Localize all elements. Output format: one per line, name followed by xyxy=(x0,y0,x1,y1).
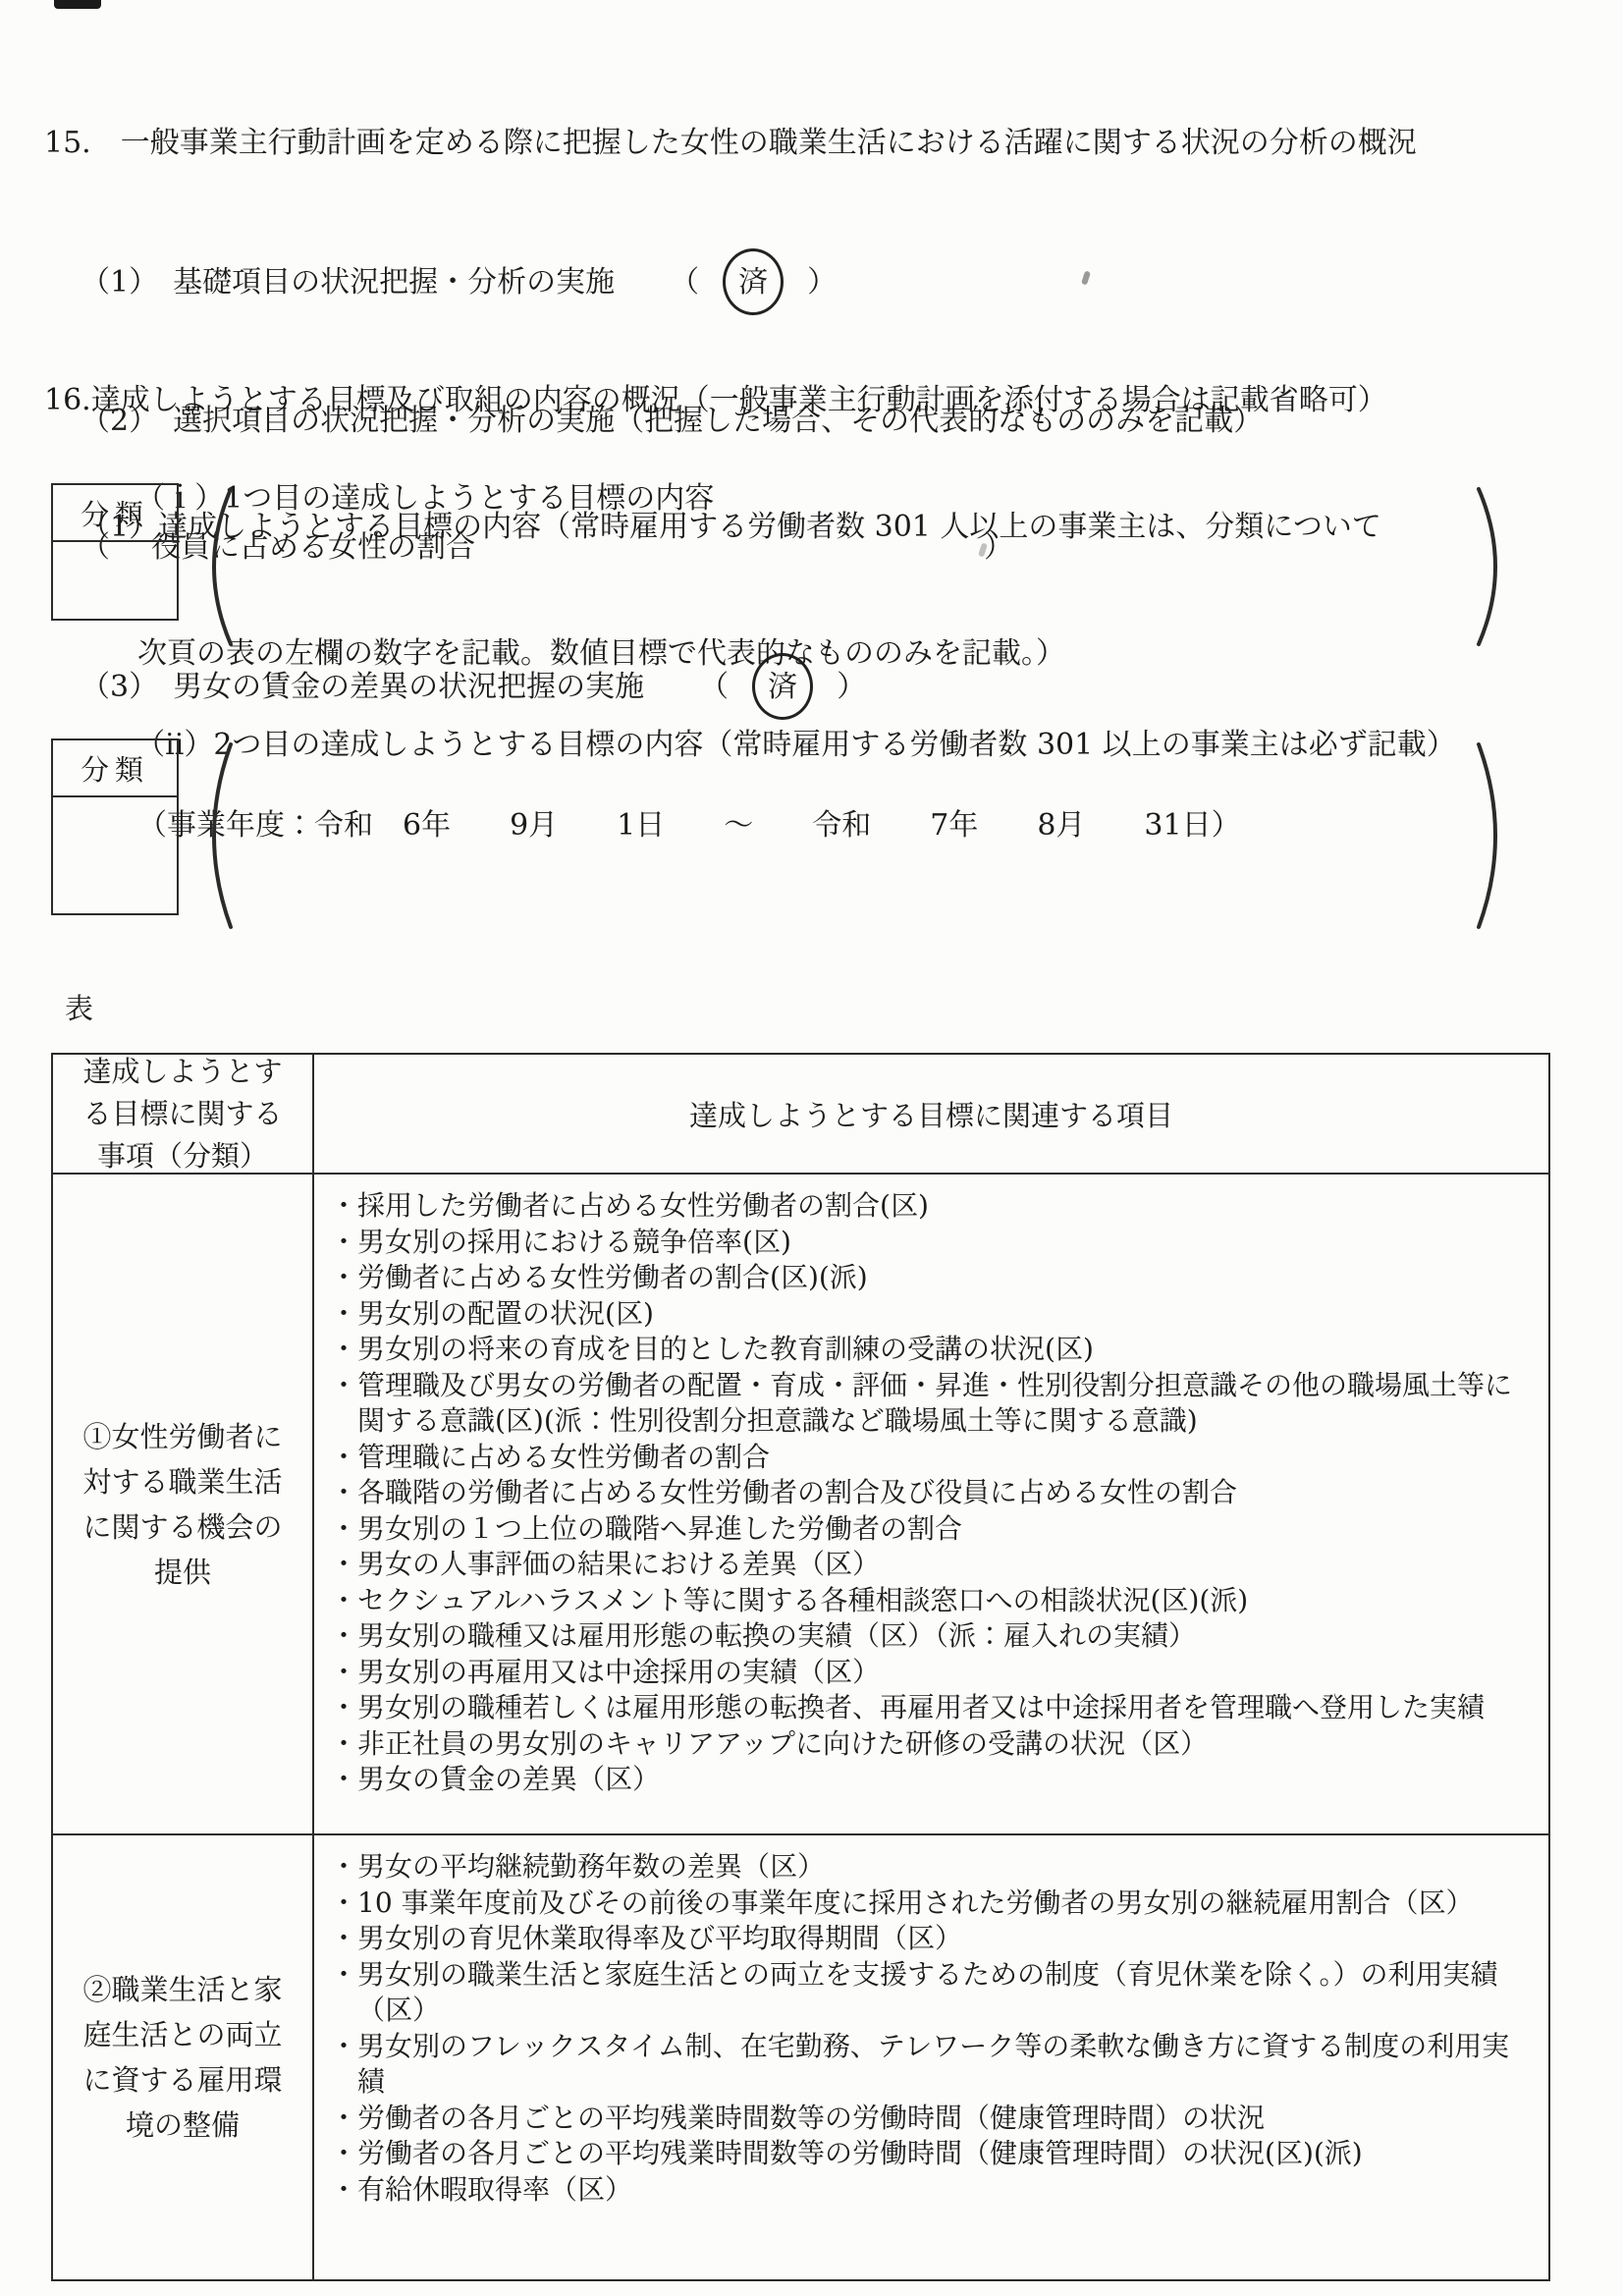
goal-1-block: 分類 xyxy=(51,483,1546,652)
list-item: 男女別の採用における競争倍率(区) xyxy=(330,1225,1535,1261)
list-item: 男女別の再雇用又は中途採用の実績（区） xyxy=(330,1655,1535,1691)
category-2-text: ②職業生活と家庭生活との両立に資する雇用環境の整備 xyxy=(77,1967,289,2148)
list-item: 男女別の将来の育成を目的とした教育訓練の受講の状況(区) xyxy=(330,1332,1535,1368)
list-item: 男女の人事評価の結果における差異（区） xyxy=(330,1547,1535,1583)
table-header-items-text: 達成しようとする目標に関連する項目 xyxy=(689,1094,1173,1134)
list-item: 男女別の育児休業取得率及び平均取得期間（区） xyxy=(330,1921,1535,1957)
goal-2-block: 分類 xyxy=(51,738,1546,935)
list-item: 労働者の各月ごとの平均残業時間数等の労働時間（健康管理時間）の状況 xyxy=(330,2101,1535,2137)
list-item: 管理職に占める女性労働者の割合 xyxy=(330,1440,1535,1476)
section-16-heading: 16.達成しようとする目標及び取組の内容の概況（一般事業主行動計画を添付する場合… xyxy=(44,379,1556,421)
list-item: 男女別の職業生活と家庭生活との両立を支援するための制度（育児休業を除く。）の利用… xyxy=(330,1957,1535,2029)
table-row-2-items: 男女の平均継続勤務年数の差異（区）10 事業年度前及びその前後の事業年度に採用さ… xyxy=(314,1835,1548,2279)
table-caption: 表 xyxy=(65,987,93,1027)
list-item: 10 事業年度前及びその前後の事業年度に採用された労働者の男女別の継続雇用割合（… xyxy=(330,1886,1535,1922)
list-item: 男女別の配置の状況(区) xyxy=(330,1296,1535,1333)
table-header-category-text: 達成しようとする目標に関する事項（分類） xyxy=(76,1051,290,1177)
list-item: 労働者の各月ごとの平均残業時間数等の労働時間（健康管理時間）の状況(区)(派) xyxy=(330,2136,1535,2172)
list-item: 男女別の職種又は雇用形態の転換の実績（区）（派：雇入れの実績） xyxy=(330,1618,1535,1655)
table-row-1-category: ①女性労働者に対する職業生活に関する機会の提供 xyxy=(53,1175,314,1835)
list-item: 男女別のフレックスタイム制、在宅勤務、テレワーク等の柔軟な働き方に資する制度の利… xyxy=(330,2029,1535,2101)
big-close-paren xyxy=(1473,738,1518,933)
big-open-paren xyxy=(191,738,237,933)
list-item: 管理職及び男女の労働者の配置・育成・評価・昇進・性別役割分担意識その他の職場風土… xyxy=(330,1368,1535,1440)
section-16-heading-text: 16.達成しようとする目標及び取組の内容の概況（一般事業主行動計画を添付する場合… xyxy=(44,379,1387,421)
table-header-items: 達成しようとする目標に関連する項目 xyxy=(314,1055,1548,1175)
goal-2-value[interactable] xyxy=(257,758,1321,797)
section-15-heading: 15. 一般事業主行動計画を定める際に把握した女性の職業生活における活躍に関する… xyxy=(44,122,1546,164)
list-item: 各職階の労働者に占める女性労働者の割合及び役員に占める女性の割合 xyxy=(330,1475,1535,1511)
scan-artifact xyxy=(54,0,101,9)
table-header-category: 達成しようとする目標に関する事項（分類） xyxy=(53,1055,314,1175)
category-box-input-area[interactable] xyxy=(53,797,177,913)
list-item: 男女別の１つ上位の職階へ昇進した労働者の割合 xyxy=(330,1511,1535,1548)
list-item: 男女の平均継続勤務年数の差異（区） xyxy=(330,1849,1535,1886)
category-box-1: 分類 xyxy=(51,483,179,621)
section-15-heading-text: 15. 一般事業主行動計画を定める際に把握した女性の職業生活における活躍に関する… xyxy=(44,122,1417,164)
table-row-2-category: ②職業生活と家庭生活との両立に資する雇用環境の整備 xyxy=(53,1835,314,2279)
scanned-document-page: 15. 一般事業主行動計画を定める際に把握した女性の職業生活における活躍に関する… xyxy=(0,0,1623,2296)
list-item: 男女別の職種若しくは雇用形態の転換者、再雇用者又は中途採用者を管理職へ登用した実… xyxy=(330,1690,1535,1726)
category-box-2: 分類 xyxy=(51,738,179,915)
category-box-label: 分類 xyxy=(53,485,177,542)
list-item: セクシュアルハラスメント等に関する各種相談窓口への相談状況(区)(派) xyxy=(330,1583,1535,1619)
list-item: 非正社員の男女別のキャリアアップに向けた研修の受講の状況（区） xyxy=(330,1726,1535,1763)
big-open-paren xyxy=(191,483,237,650)
list-item: 有給休暇取得率（区） xyxy=(330,2172,1535,2209)
goals-reference-table: 達成しようとする目標に関する事項（分類） 達成しようとする目標に関連する項目 ①… xyxy=(51,1053,1550,2281)
big-close-paren xyxy=(1473,483,1518,650)
table-row-1-items: 採用した労働者に占める女性労働者の割合(区)男女別の採用における競争倍率(区)労… xyxy=(314,1175,1548,1835)
list-item: 労働者に占める女性労働者の割合(区)(派) xyxy=(330,1260,1535,1296)
goal-1-value[interactable] xyxy=(257,503,1321,542)
category-1-text: ①女性労働者に対する職業生活に関する機会の提供 xyxy=(77,1414,289,1595)
bullet-list-2: 男女の平均継続勤務年数の差異（区）10 事業年度前及びその前後の事業年度に採用さ… xyxy=(314,1835,1548,2219)
list-item: 男女の賃金の差異（区） xyxy=(330,1762,1535,1798)
list-item: 採用した労働者に占める女性労働者の割合(区) xyxy=(330,1188,1535,1225)
bullet-list-1: 採用した労働者に占める女性労働者の割合(区)男女別の採用における競争倍率(区)労… xyxy=(314,1175,1548,1810)
category-box-input-area[interactable] xyxy=(53,542,177,619)
category-box-label: 分類 xyxy=(53,740,177,797)
